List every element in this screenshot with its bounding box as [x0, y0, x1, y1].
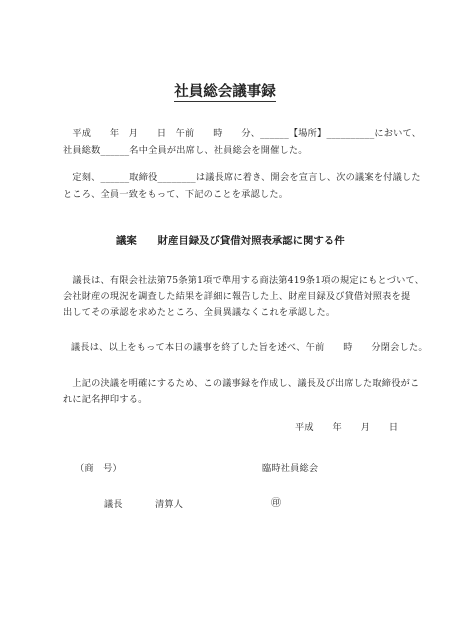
record-line-1: 上記の決議を明確にするため、この議事録を作成し、議長及び出席した取締役がこ	[63, 378, 419, 390]
agenda-heading: 議案 財産目録及び貸借対照表承認に関する件	[116, 232, 345, 247]
closing-line: 議長は、以上をもって本日の議事を終了した旨を述べ、午前 時 分閉会した。	[71, 342, 428, 354]
agenda-body-line-2: 会社財産の現況を調査した結果を詳細に報告した上、財産目録及び貸借対照表を提	[63, 291, 410, 303]
signature-role: 議長	[104, 499, 123, 511]
opening-line-2: 社員総数______名中全員が出席し、社員総会を開催した。	[63, 145, 308, 157]
chair-line-2: ところ、全員一致をもって、下記のことを承認した。	[63, 189, 288, 201]
seal-icon: ㊞	[271, 498, 281, 510]
agenda-body-line-1: 議長は、有限会社法第75条第1項で準用する商法第419条1項の規定にもとづいて、	[63, 275, 424, 287]
company-label: （商 号）	[75, 463, 122, 475]
agenda-body-line-3: 出してその承認を求めたところ、全員異議なくこれを承認した。	[63, 307, 335, 319]
document-title: 社員総会議事録	[0, 80, 450, 101]
chair-line-1: 定刻、______取締役________は議長席に着き、開会を宣言し、次の議案を…	[63, 172, 421, 184]
opening-line-1: 平成 年 月 日 午前 時 分、______【場所】__________において…	[63, 128, 421, 140]
record-line-2: れに記名押印する。	[63, 394, 148, 406]
meeting-label: 臨時社員総会	[262, 463, 318, 475]
signature-title: 清算人	[155, 499, 183, 511]
date-line: 平成 年 月 日	[295, 422, 398, 434]
